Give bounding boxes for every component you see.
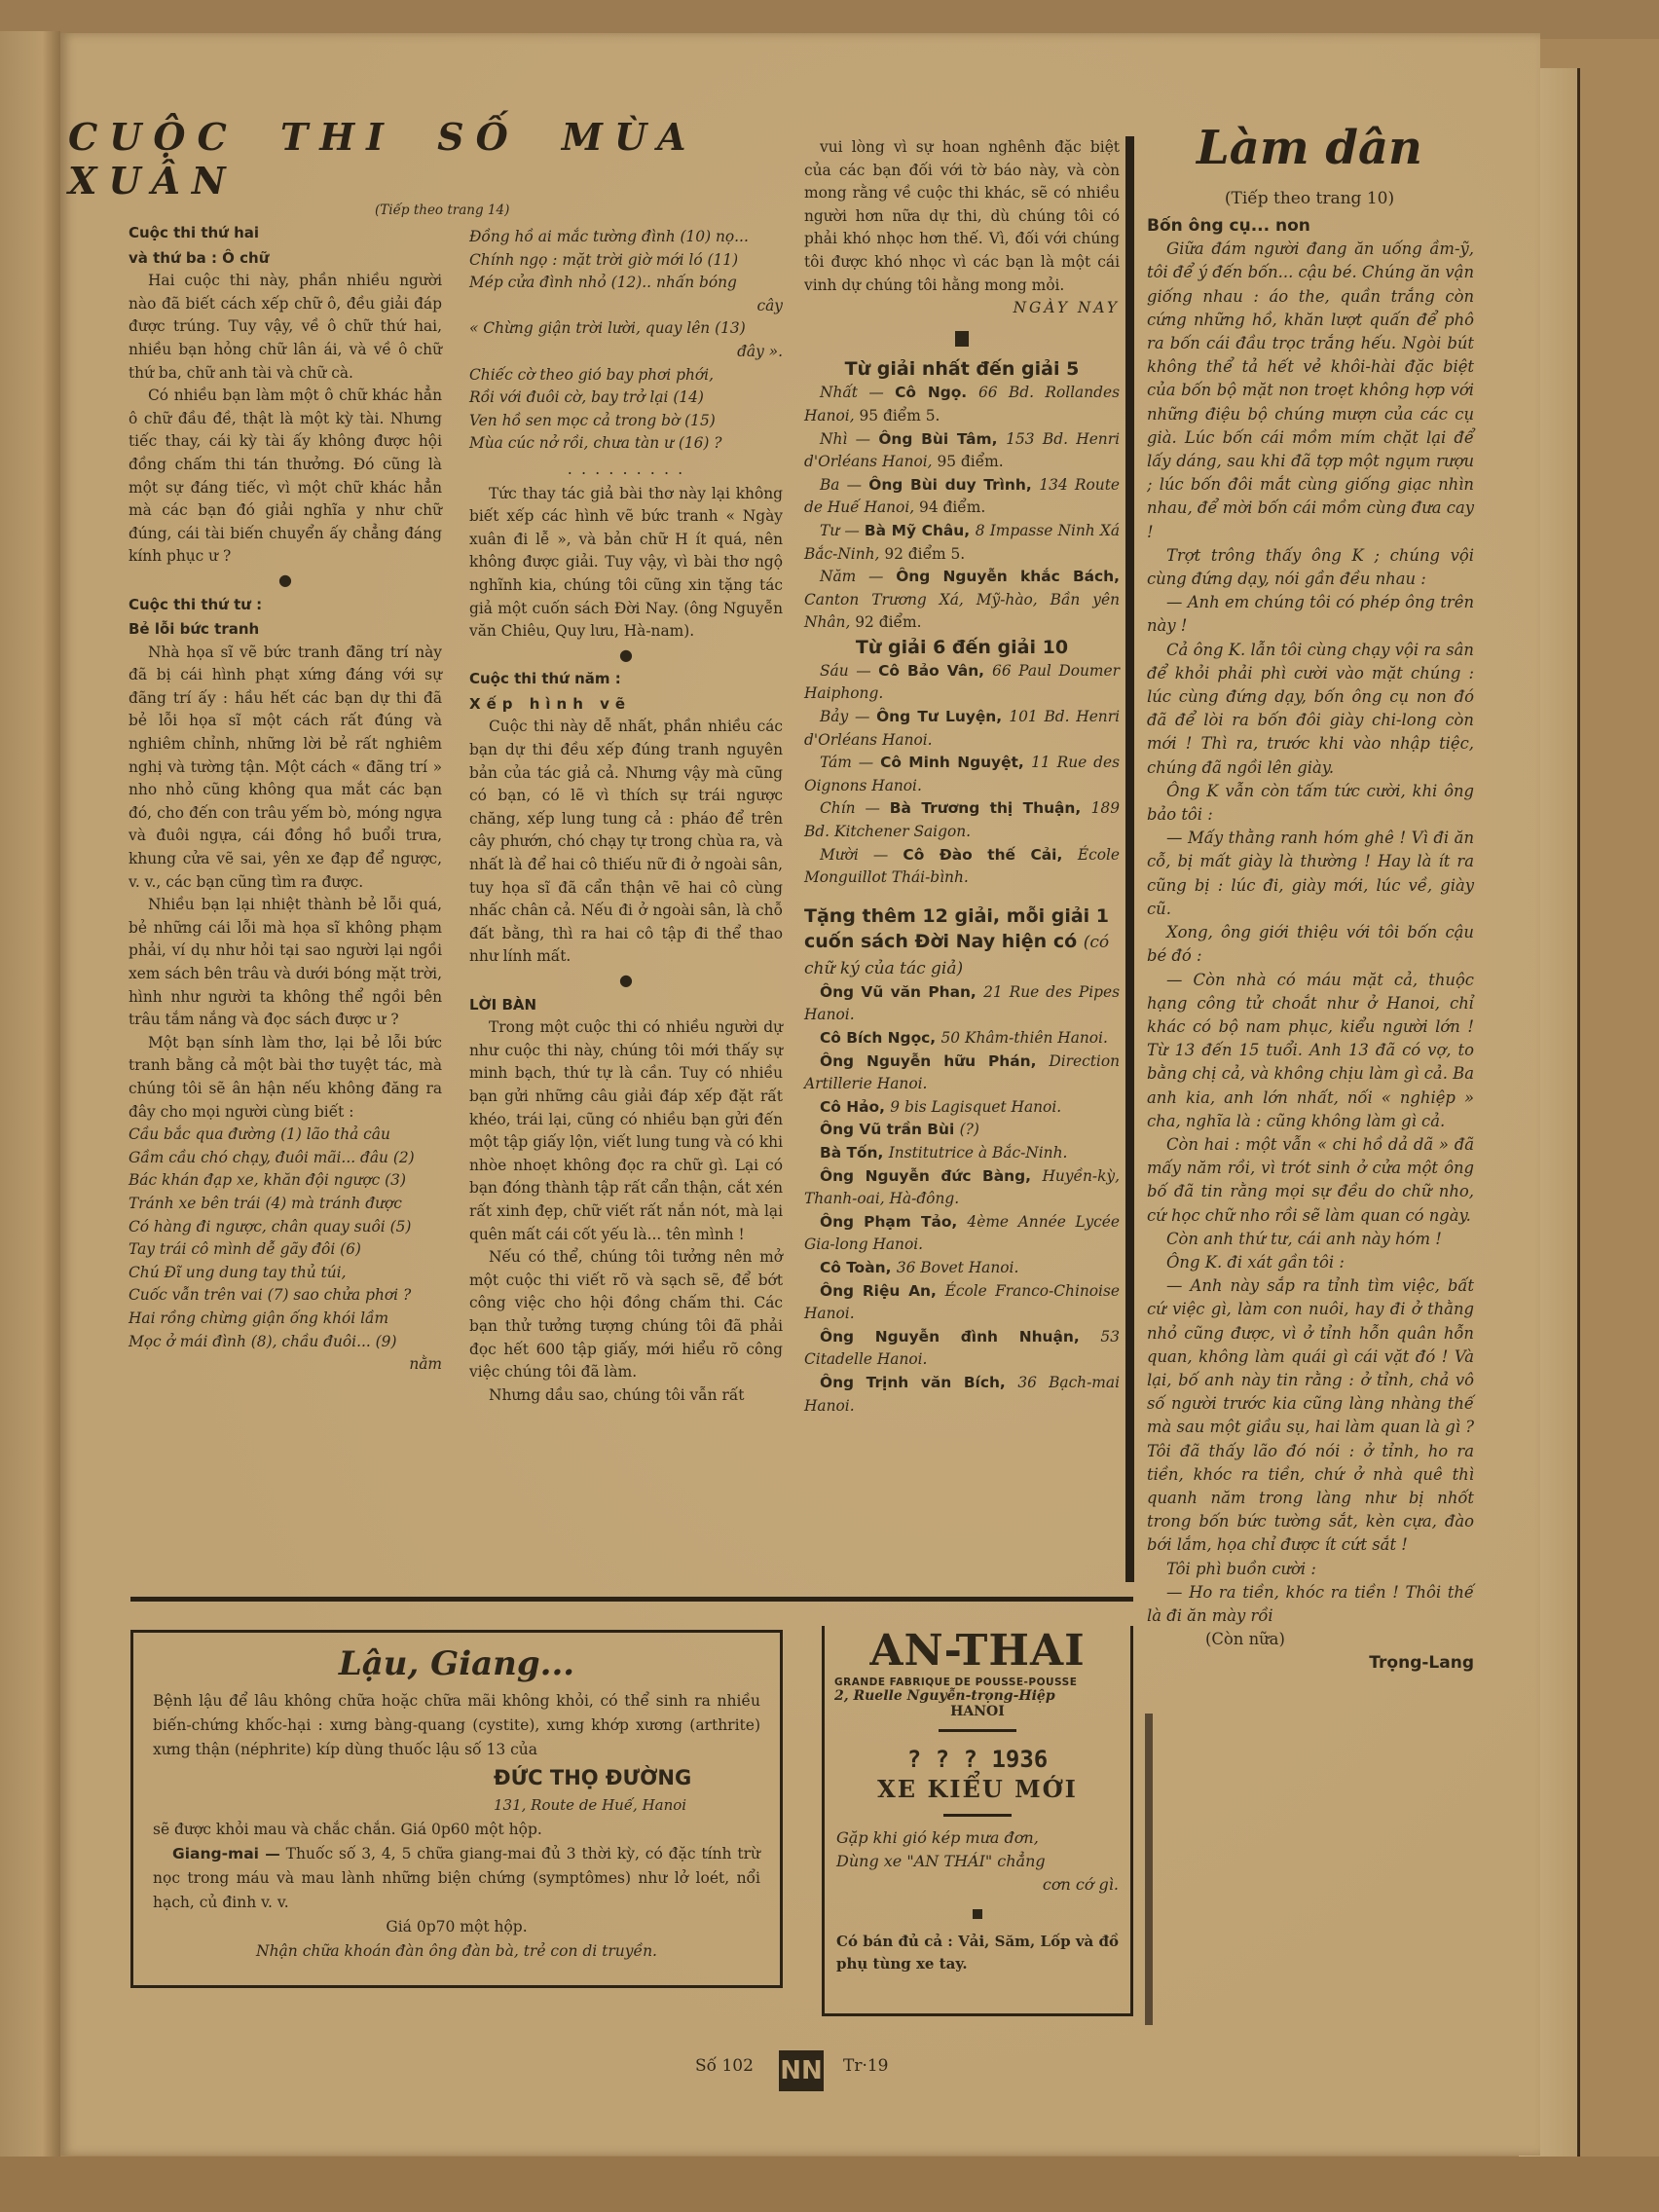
poem: Cầu bắc qua đường (1) lão thả câuGầm cầu… xyxy=(129,1124,442,1377)
poem-line: Gầm cầu chó chạy, đuôi mãi... đâu (2) xyxy=(129,1147,442,1170)
winner-name: Ông Tư Luyện, xyxy=(876,708,1009,725)
poem-line: Hai rồng chừng giận ống khói lầm xyxy=(129,1308,442,1331)
prize-rank: Mười — xyxy=(820,846,903,864)
winner-name: Ông Vũ văn Phan, xyxy=(820,983,983,1001)
winner-name: Ông Bùi duy Trình, xyxy=(868,476,1039,494)
poem-line: Cầu bắc qua đường (1) lão thả câu xyxy=(129,1124,442,1147)
winner-name: Cô Đào thế Cải, xyxy=(903,846,1077,864)
winner-name: Bà Mỹ Châu, xyxy=(865,522,976,539)
prize-entry: Ông Vũ trần Bùi (?) xyxy=(804,1119,1120,1142)
winner-address: 9 bis Lagisquet Hanoi. xyxy=(890,1098,1061,1116)
poem-line: Chính ngọ : mặt trời giờ mới ló (11) xyxy=(469,249,783,273)
ad-brand: ĐỨC THỌ ĐƯỜNG xyxy=(494,1762,760,1793)
prize-entry: Mười — Cô Đào thế Cải, École Monguillot … xyxy=(804,844,1120,890)
square-ornament-icon xyxy=(825,1904,1130,1923)
poem: Đồng hồ ai mắc tường đình (10) nọ...Chín… xyxy=(469,226,783,456)
story-continued-note: (Tiếp theo trang 10) xyxy=(1120,189,1499,208)
ad-paragraph: Bệnh lậu để lâu không chữa hoặc chữa mãi… xyxy=(153,1689,760,1762)
paragraph: Tức thay tác giả bài thơ này lại không b… xyxy=(469,483,783,644)
ad-sells: Có bán đủ cả : Vải, Săm, Lốp và đồ phụ t… xyxy=(825,1931,1130,1975)
ad-title: Lậu, Giang... xyxy=(153,1639,760,1689)
ad-brand: AN-THAI xyxy=(825,1626,1130,1677)
poem-line: nằm xyxy=(129,1353,442,1377)
poem-line: Cuốc vẫn trên vai (7) sao chửa phơi ? xyxy=(129,1284,442,1308)
paragraph: Nếu có thể, chúng tôi tưởng nên mở một c… xyxy=(469,1246,783,1384)
article-column-1: Cuộc thi thứ hai và thứ ba : Ô chữ Hai c… xyxy=(129,220,442,1377)
bonus-heading: Tặng thêm 12 giải, mỗi giải 1 cuốn sách … xyxy=(804,905,1109,952)
backdrop-table xyxy=(0,2157,1659,2212)
winner-name: Ông Nguyễn đình Nhuận, xyxy=(820,1328,1100,1346)
ornament-icon: ● xyxy=(129,569,442,592)
story-body: Giữa đám người đang ăn uống ầm-ỹ, tôi để… xyxy=(1147,238,1474,1628)
section-heading: Bốn ông cụ... non xyxy=(1147,214,1474,238)
poem-line: cây xyxy=(469,295,783,318)
section-divider xyxy=(130,1597,1133,1602)
prize-entry: Bà Tốn, Institutrice à Bắc-Ninh. xyxy=(804,1142,1120,1165)
prize-entry: Cô Toàn, 36 Bovet Hanoi. xyxy=(804,1257,1120,1280)
prize-entry: Ông Phạm Tảo, 4ème Année Lycée Gia-long … xyxy=(804,1211,1120,1257)
winner-score: 92 điểm. xyxy=(850,613,921,631)
story-paragraph: Cả ông K. lẫn tôi cùng chạy vội ra sân đ… xyxy=(1147,639,1474,780)
article-title: CUỘC THI SỐ MÙA XUÂN xyxy=(68,115,789,203)
story-author: Trọng-Lang xyxy=(1147,1651,1474,1675)
poem-line: Chú Đĩ ung dung tay thủ túi, xyxy=(129,1262,442,1285)
winner-score: 94 điểm. xyxy=(914,498,985,516)
winner-name: Ông Nguyễn khắc Bách, xyxy=(896,568,1120,585)
prize-rank: Chín — xyxy=(820,799,890,817)
poem-line: Rồi với đuôi cờ, bay trở lại (14) xyxy=(469,387,783,410)
section-heading: Cuộc thi thứ hai xyxy=(129,222,442,245)
section-heading: Cuộc thi thứ năm : xyxy=(469,668,783,691)
section-heading: Xếp hình vẽ xyxy=(469,693,783,717)
prize-rank: Ba — xyxy=(820,476,868,494)
winner-name: Cô Hảo, xyxy=(820,1098,890,1116)
ornament-icon: ● xyxy=(469,969,783,992)
winner-score: 95 điểm 5. xyxy=(855,407,940,424)
paragraph: Nhưng dầu sao, chúng tôi vẫn rất xyxy=(469,1384,783,1408)
prize-entry: Ông Vũ văn Phan, 21 Rue des Pipes Hanoi. xyxy=(804,981,1120,1027)
advertisement-rickshaw: AN-THAI GRANDE FABRIQUE DE POUSSE-POUSSE… xyxy=(822,1626,1133,2016)
prize-list: Nhất — Cô Ngọ. 66 Bd. Rollandes Hanoi, 9… xyxy=(804,382,1120,635)
story-paragraph: Còn hai : một vẫn « chi hồ dả dã » đã mấ… xyxy=(1147,1133,1474,1228)
paragraph: Cuộc thi này dễ nhất, phần nhiều các bạn… xyxy=(469,716,783,969)
prize-entry: Tư — Bà Mỹ Châu, 8 Impasse Ninh Xá Bắc-N… xyxy=(804,520,1120,566)
ad-address: 2, Ruelle Nguyễn-trọng-Hiệp xyxy=(825,1688,1130,1704)
story-paragraph: — Anh này sắp ra tỉnh tìm việc, bất cứ v… xyxy=(1147,1274,1474,1557)
ornament-icon: ● xyxy=(469,644,783,667)
section-heading: Cuộc thi thứ tư : xyxy=(129,594,442,617)
winner-name: Cô Bích Ngọc, xyxy=(820,1029,940,1047)
prize-entry: Nhì — Ông Bùi Tâm, 153 Bd. Henri d'Orléa… xyxy=(804,428,1120,474)
winner-name: Ông Riệu An, xyxy=(820,1282,945,1300)
section-heading: Bẻ lỗi bức tranh xyxy=(129,618,442,642)
winner-address: Institutrice à Bắc-Ninh. xyxy=(889,1144,1068,1161)
ad-divider xyxy=(943,1814,1012,1817)
winner-name: Bà Tốn, xyxy=(820,1144,889,1161)
paragraph: Một bạn sính làm thơ, lại bẻ lỗi bức tra… xyxy=(129,1032,442,1124)
ad-address: 131, Route de Huế, Hanoi xyxy=(494,1793,760,1818)
winner-name: Ông Bùi Tâm, xyxy=(878,430,1006,448)
column-divider xyxy=(1125,136,1134,1582)
poem-line: Tay trái cô mình dễ gãy đôi (6) xyxy=(129,1238,442,1262)
square-ornament-icon xyxy=(804,330,1120,353)
prize-entry: Chín — Bà Trương thị Thuận, 189 Bd. Kitc… xyxy=(804,797,1120,843)
ngay-nay-logo-icon: NN xyxy=(779,2050,824,2091)
advertisement-medicine: Lậu, Giang... Bệnh lậu để lâu không chữa… xyxy=(130,1630,783,1988)
prize-rank: Năm — xyxy=(820,568,896,585)
winner-address: 36 Bovet Hanoi. xyxy=(897,1259,1019,1276)
ad-slogan: Dùng xe "AN THÁI" chẳng xyxy=(836,1850,1119,1873)
prize-entry: Sáu — Cô Bảo Vân, 66 Paul Doumer Haiphon… xyxy=(804,660,1120,706)
paragraph: Có nhiều bạn làm một ô chữ khác hẳn ô ch… xyxy=(129,385,442,569)
prize-entry: Ông Nguyễn đức Bàng, Huyền-kỳ, Thanh-oai… xyxy=(804,1165,1120,1211)
prize-rank: Nhì — xyxy=(820,430,878,448)
prize-heading: Từ giải nhất đến giải 5 xyxy=(804,356,1120,382)
poem-line: Đồng hồ ai mắc tường đình (10) nọ... xyxy=(469,226,783,249)
poem-line: Bác khán đạp xe, khăn đội ngược (3) xyxy=(129,1169,442,1193)
prize-heading: Tặng thêm 12 giải, mỗi giải 1 cuốn sách … xyxy=(804,903,1120,981)
prize-entry: Ông Nguyễn đình Nhuận, 53 Citadelle Hano… xyxy=(804,1326,1120,1372)
winner-name: Ông Phạm Tảo, xyxy=(820,1213,967,1231)
ad-slogan: Gặp khi gió kép mưa đơn, xyxy=(836,1826,1119,1850)
prize-rank: Tám — xyxy=(820,754,880,771)
prize-entry: Cô Hảo, 9 bis Lagisquet Hanoi. xyxy=(804,1096,1120,1120)
prize-list: Sáu — Cô Bảo Vân, 66 Paul Doumer Haiphon… xyxy=(804,660,1120,890)
prize-entry: Nhất — Cô Ngọ. 66 Bd. Rollandes Hanoi, 9… xyxy=(804,382,1120,427)
paragraph: Hai cuộc thi này, phần nhiều người nào đ… xyxy=(129,270,442,385)
prize-rank: Tư — xyxy=(820,522,865,539)
paragraph: Trong một cuộc thi có nhiều người dự như… xyxy=(469,1016,783,1246)
prize-entry: Bảy — Ông Tư Luyện, 101 Bd. Henri d'Orlé… xyxy=(804,706,1120,752)
prize-entry: Ba — Ông Bùi duy Trình, 134 Route de Huế… xyxy=(804,474,1120,520)
story-paragraph: — Anh em chúng tôi có phép ông trên này … xyxy=(1147,591,1474,638)
winner-score: 92 điểm 5. xyxy=(879,545,965,563)
ad-headline: XE KIỂU MỚI xyxy=(825,1773,1130,1806)
prize-entry: Ông Trịnh văn Bích, 36 Bạch-mai Hanoi. xyxy=(804,1372,1120,1418)
article-continued-note: (Tiếp theo trang 14) xyxy=(375,203,509,218)
story-paragraph: — Còn nhà có máu mặt cả, thuộc hạng công… xyxy=(1147,969,1474,1133)
ad-subtitle: GRANDE FABRIQUE DE POUSSE-POUSSE xyxy=(825,1677,1130,1688)
section-heading: LỜI BÀN xyxy=(469,994,783,1017)
winner-name: Ông Nguyễn đức Bàng, xyxy=(820,1167,1042,1185)
prize-entry: Ông Riệu An, École Franco-Chinoise Hanoi… xyxy=(804,1280,1120,1326)
article-column-3: vui lòng vì sự hoan nghênh đặc biệt của … xyxy=(804,136,1120,1418)
prize-rank: Nhất — xyxy=(820,384,895,401)
prize-entry: Cô Bích Ngọc, 50 Khâm-thiên Hanoi. xyxy=(804,1027,1120,1051)
winner-name: Cô Ngọ. xyxy=(895,384,978,401)
story-paragraph: Còn anh thứ tư, cái anh này hóm ! xyxy=(1147,1228,1474,1251)
left-page-edge xyxy=(0,31,60,2163)
ad-paragraph: sẽ được khỏi mau và chắc chắn. Giá 0p60 … xyxy=(153,1818,760,1842)
poem-line: Mọc ở mái đình (8), chầu đuôi... (9) xyxy=(129,1331,442,1354)
poem-line: Tránh xe bên trái (4) mà tránh được xyxy=(129,1193,442,1216)
paragraph: Nhà họa sĩ vẽ bức tranh đãng trí này đã … xyxy=(129,642,442,895)
signature: NGÀY NAY xyxy=(804,297,1120,320)
story-column: Bốn ông cụ... non Giữa đám người đang ăn… xyxy=(1147,212,1474,1676)
dotted-separator: . . . . . . . . . xyxy=(469,458,783,481)
prize-entry: Năm — Ông Nguyễn khắc Bách, Canton Trươn… xyxy=(804,566,1120,635)
winner-name: Cô Bảo Vân, xyxy=(878,662,992,680)
article-column-2: Đồng hồ ai mắc tường đình (10) nọ...Chín… xyxy=(469,226,783,1407)
winner-name: Cô Toàn, xyxy=(820,1259,897,1276)
ad-headline: ? ? ? 1936 xyxy=(825,1746,1130,1773)
ad-label: Giang-mai — xyxy=(172,1845,280,1862)
prize-list: Ông Vũ văn Phan, 21 Rue des Pipes Hanoi.… xyxy=(804,981,1120,1418)
winner-score: 95 điểm. xyxy=(933,453,1004,470)
poem-line: Ven hồ sen mọc cả trong bờ (15) xyxy=(469,410,783,433)
paragraph: Nhiều bạn lại nhiệt thành bẻ lỗi quá, bẻ… xyxy=(129,894,442,1032)
section-heading: và thứ ba : Ô chữ xyxy=(129,247,442,271)
poem-line: Mùa cúc nở rồi, chưa tàn ư (16) ? xyxy=(469,432,783,456)
winner-name: Bà Trương thị Thuận, xyxy=(890,799,1091,817)
story-paragraph: — Ho ra tiền, khóc ra tiền ! Thôi thế là… xyxy=(1147,1581,1474,1628)
story-paragraph: Giữa đám người đang ăn uống ầm-ỹ, tôi để… xyxy=(1147,238,1474,544)
paragraph: vui lòng vì sự hoan nghênh đặc biệt của … xyxy=(804,136,1120,297)
issue-number: Số 102 xyxy=(695,2056,754,2076)
column-divider xyxy=(1145,1714,1153,2025)
story-paragraph: Ông K vẫn còn tấm tức cười, khi ông bảo … xyxy=(1147,780,1474,827)
winner-name: Ông Nguyễn hữu Phán, xyxy=(820,1052,1049,1070)
story-paragraph: Xong, ông giới thiệu với tôi bốn cậu bé … xyxy=(1147,921,1474,968)
winner-name: Cô Minh Nguyệt, xyxy=(880,754,1031,771)
poem-line: Mép cửa đình nhỏ (12).. nhấn bóng xyxy=(469,272,783,295)
story-paragraph: Trợt trông thấy ông K ; chúng vội cùng đ… xyxy=(1147,544,1474,591)
prize-entry: Ông Nguyễn hữu Phán, Direction Artilleri… xyxy=(804,1051,1120,1096)
ad-city: HANOI xyxy=(825,1704,1130,1719)
ad-price: Giá 0p70 một hộp. xyxy=(153,1915,760,1939)
winner-address: (?) xyxy=(960,1121,979,1138)
winner-address: 50 Khâm-thiên Hanoi. xyxy=(940,1029,1107,1047)
page-number: Tr·19 xyxy=(843,2056,889,2076)
story-paragraph: Ông K. đi xát gần tôi : xyxy=(1147,1251,1474,1274)
story-paragraph: — Mấy thằng ranh hóm ghê ! Vì đi ăn cỗ, … xyxy=(1147,827,1474,921)
poem-line: Có hàng đi ngược, chân quay suôi (5) xyxy=(129,1216,442,1239)
ad-divider xyxy=(939,1729,1016,1732)
prize-entry: Tám — Cô Minh Nguyệt, 11 Rue des Oignons… xyxy=(804,752,1120,797)
prize-rank: Bảy — xyxy=(820,708,876,725)
poem-line: « Chừng giận trời lười, quay lên (13) xyxy=(469,317,783,341)
prize-rank: Sáu — xyxy=(820,662,878,680)
prize-heading: Từ giải 6 đến giải 10 xyxy=(804,635,1120,660)
story-title: Làm dân xyxy=(1120,121,1499,175)
poem-line: đây ». xyxy=(469,341,783,364)
to-be-continued: (Còn nữa) xyxy=(1205,1628,1474,1651)
ad-note: Nhận chữa khoán đàn ông đàn bà, trẻ con … xyxy=(153,1939,760,1964)
winner-name: Ông Vũ trần Bùi xyxy=(820,1121,960,1138)
poem-line: Chiếc cờ theo gió bay phơi phới, xyxy=(469,364,783,387)
ad-slogan: cơn cớ gì. xyxy=(836,1873,1119,1897)
winner-name: Ông Trịnh văn Bích, xyxy=(820,1374,1017,1391)
story-paragraph: Tôi phì buồn cười : xyxy=(1147,1558,1474,1581)
